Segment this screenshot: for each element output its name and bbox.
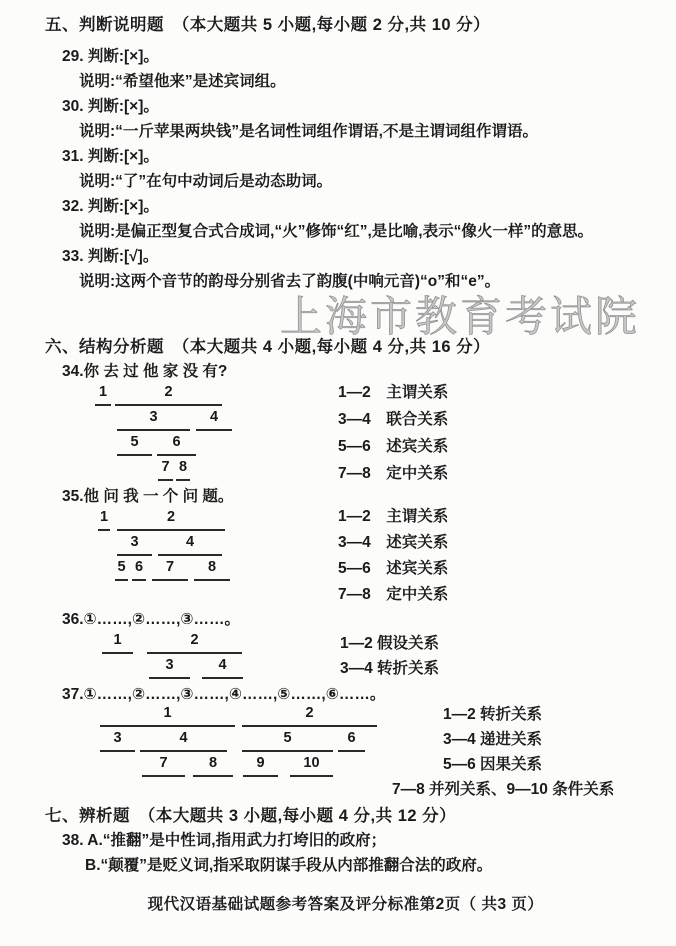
diagram-segment: 4 — [140, 729, 227, 752]
diagram-segment: 2 — [147, 631, 242, 654]
q31-explanation-line: 说明:“了”在句中动词后是动态助词。 — [79, 171, 676, 193]
section-7-title: 七、辨析题 （本大题共 3 小题,每小题 4 分,共 12 分） — [45, 805, 676, 827]
question-37-relations: 1—2 转折关系 3—4 递进关系 5—6 因果关系 7—8 并列关系、9—10… — [443, 702, 614, 802]
relation-line: 5—6 因果关系 — [443, 752, 614, 777]
diagram-segment: 1 — [102, 631, 133, 654]
judgment-item-31: 31. 判断:[×]。 说明:“了”在句中动词后是动态助词。 — [0, 146, 676, 193]
question-36-relations: 1—2 假设关系 3—4 转折关系 — [340, 631, 439, 681]
q38-option-b-line: B.“颠覆”是贬义词,指采取阴谋手段从内部推翻合法的政府。 — [85, 855, 676, 877]
diagram-segment: 3 — [149, 656, 190, 679]
diagram-segment: 8 — [193, 754, 233, 777]
relation-line: 3—4 递进关系 — [443, 727, 614, 752]
q29-explanation-line: 说明:“希望他来”是述宾词组。 — [79, 71, 676, 93]
q30-explanation-line: 说明:“一斤苹果两块钱”是名词性词组作谓语,不是主谓词组作谓语。 — [79, 121, 676, 143]
q32-judgment-line: 32. 判断:[×]。 — [62, 196, 676, 218]
q30-judgment-line: 30. 判断:[×]。 — [62, 96, 676, 118]
question-34-relations: 1—2 主谓关系 3—4 联合关系 5—6 述宾关系 7—8 定中关系 — [338, 379, 448, 487]
relation-line: 7—8 定中关系 — [338, 582, 448, 608]
relation-line: 3—4 联合关系 — [338, 406, 448, 433]
diagram-segment: 7 — [158, 458, 173, 481]
diagram-segment: 1 — [100, 704, 235, 727]
diagram-segment: 6 — [157, 433, 196, 456]
relation-line: 3—4 转折关系 — [340, 656, 439, 681]
diagram-segment: 5 — [115, 558, 128, 581]
diagram-segment: 10 — [290, 754, 333, 777]
question-35-analysis: 1 2 3 4 5 6 7 8 1—2 主谓关系 3—4 述宾关系 5—6 述宾… — [0, 508, 676, 583]
section-5-title: 五、判断说明题 （本大题共 5 小题,每小题 2 分,共 10 分） — [45, 14, 676, 36]
relation-line: 7—8 定中关系 — [338, 460, 448, 487]
q29-judgment-line: 29. 判断:[×]。 — [62, 46, 676, 68]
diagram-segment: 7 — [142, 754, 185, 777]
judgment-item-30: 30. 判断:[×]。 说明:“一斤苹果两块钱”是名词性词组作谓语,不是主谓词组… — [0, 96, 676, 143]
diagram-segment: 1 — [95, 383, 111, 406]
diagram-segment: 3 — [117, 533, 152, 556]
relation-line: 1—2 转折关系 — [443, 702, 614, 727]
question-36-analysis: 1 2 3 4 1—2 假设关系 3—4 转折关系 — [0, 631, 676, 681]
judgment-item-32: 32. 判断:[×]。 说明:是偏正型复合式合成词,“火”修饰“红”,是比喻,表… — [0, 196, 676, 243]
section-6-title: 六、结构分析题 （本大题共 4 小题,每小题 4 分,共 16 分） — [45, 336, 676, 358]
q38-option-a-line: 38. A.“推翻”是中性词,指用武力打垮旧的政府； — [62, 830, 676, 852]
q33-judgment-line: 33. 判断:[√]。 — [62, 246, 676, 268]
diagram-segment: 5 — [117, 433, 152, 456]
question-36-diagram: 1 2 3 4 — [0, 631, 676, 679]
diagram-segment: 2 — [115, 383, 222, 406]
question-37-analysis: 1 2 3 4 5 6 7 8 9 10 1—2 转折关系 3—4 递进关系 5… — [0, 704, 676, 779]
diagram-segment: 3 — [117, 408, 190, 431]
relation-line: 5—6 述宾关系 — [338, 433, 448, 460]
judgment-item-29: 29. 判断:[×]。 说明:“希望他来”是述宾词组。 — [0, 46, 676, 93]
page-footer: 现代汉语基础试题参考答案及评分标准第2页（ 共3 页） — [0, 892, 676, 914]
question-34-analysis: 1 2 3 4 5 6 7 8 1—2 主谓关系 3—4 联合关系 5—6 述宾… — [0, 383, 676, 483]
question-36-sentence: 36.①……,②……,③……。 — [62, 609, 676, 631]
diagram-segment: 4 — [202, 656, 243, 679]
q32-explanation-line: 说明:是偏正型复合式合成词,“火”修饰“红”,是比喻,表示“像火一样”的意思。 — [79, 221, 676, 243]
relation-line: 3—4 述宾关系 — [338, 530, 448, 556]
exam-answer-page: 五、判断说明题 （本大题共 5 小题,每小题 2 分,共 10 分） 29. 判… — [0, 0, 676, 946]
q33-explanation-line: 说明:这两个音节的韵母分别省去了韵腹(中响元音)“o”和“e”。 — [79, 271, 676, 293]
diagram-segment: 1 — [98, 508, 110, 531]
judgment-item-33: 33. 判断:[√]。 说明:这两个音节的韵母分别省去了韵腹(中响元音)“o”和… — [0, 246, 676, 293]
diagram-segment: 6 — [338, 729, 365, 752]
q31-judgment-line: 31. 判断:[×]。 — [62, 146, 676, 168]
question-35-relations: 1—2 主谓关系 3—4 述宾关系 5—6 述宾关系 7—8 定中关系 — [338, 504, 448, 608]
diagram-segment: 2 — [117, 508, 225, 531]
relation-line: 5—6 述宾关系 — [338, 556, 448, 582]
diagram-segment: 4 — [196, 408, 232, 431]
diagram-segment: 8 — [194, 558, 230, 581]
diagram-segment: 2 — [242, 704, 377, 727]
diagram-segment: 4 — [158, 533, 222, 556]
institution-watermark: 上海市教育考试院 — [280, 284, 640, 344]
relation-line: 1—2 假设关系 — [340, 631, 439, 656]
diagram-segment: 5 — [242, 729, 333, 752]
diagram-segment: 9 — [243, 754, 278, 777]
diagram-segment: 7 — [152, 558, 188, 581]
diagram-segment: 3 — [100, 729, 135, 752]
diagram-segment: 8 — [176, 458, 190, 481]
relation-line: 1—2 主谓关系 — [338, 379, 448, 406]
relation-line: 7—8 并列关系、9—10 条件关系 — [392, 777, 614, 802]
relation-line: 1—2 主谓关系 — [338, 504, 448, 530]
diagram-segment: 6 — [132, 558, 146, 581]
